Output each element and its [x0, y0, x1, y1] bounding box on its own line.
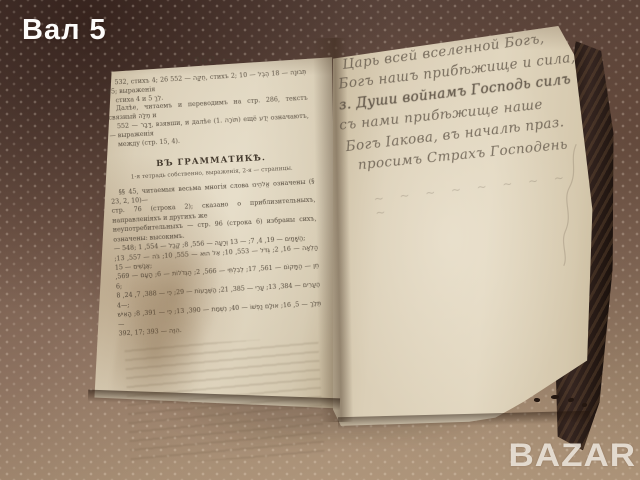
handwritten-inscription: Царь всей вселенной Богъ, Богъ нашъ приб… [333, 27, 589, 223]
water-stain [110, 243, 240, 407]
tear-hole [582, 403, 587, 407]
tear-hole [551, 395, 559, 399]
intro-paragraph: 532, стихъ 4; 26 חֻקָּה — 552, стихъ 2; … [99, 68, 317, 150]
photo-of-open-book: — 362 — 532, стихъ 4; 26 חֻקָּה — 552, с… [0, 0, 640, 480]
bazar-watermark-logo: BAZAR [509, 438, 636, 475]
listing-label-text: Вал 5 [22, 14, 107, 47]
